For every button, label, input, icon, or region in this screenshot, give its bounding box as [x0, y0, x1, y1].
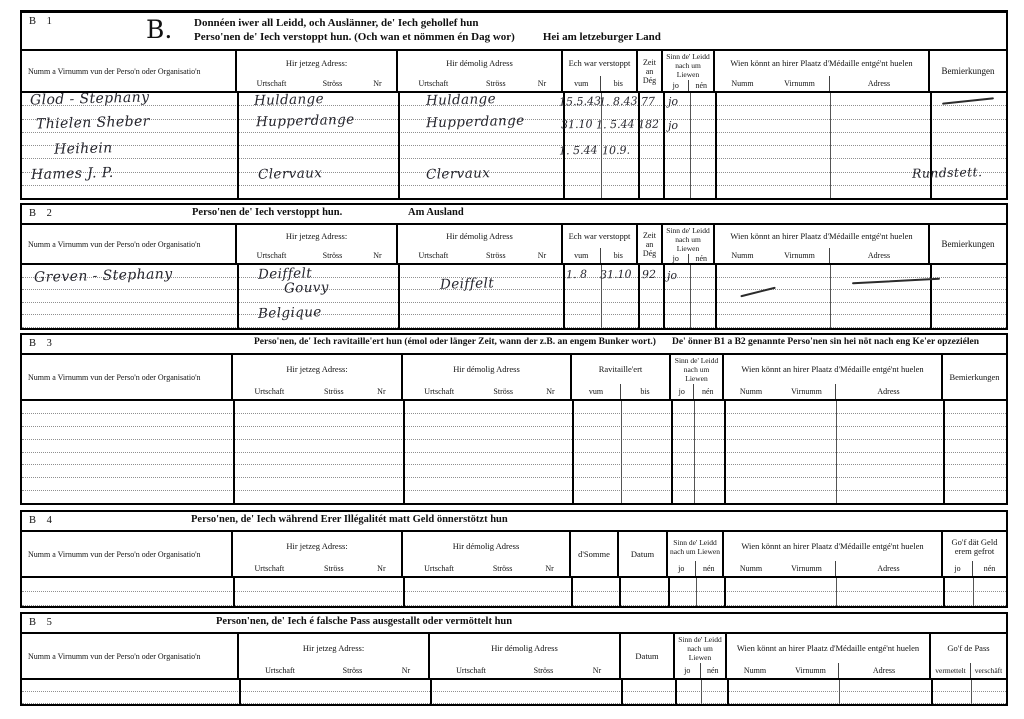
- handwriting-vum: 31.10: [561, 118, 593, 132]
- handwriting-bis: 1. 5.44: [596, 117, 635, 131]
- sub-jo: jo: [671, 384, 694, 399]
- col-gof-pass-sub: vermetteltverschäft: [931, 663, 1006, 678]
- col-sinn-label: Sinn de' Leidd nach um Liewen: [668, 532, 722, 561]
- section-b3-titlebar: B 3 Perso'nen, de' Iech ravitaille'ert h…: [22, 335, 1006, 355]
- sub-stross: Ströss: [512, 663, 575, 678]
- column-rule: [398, 93, 400, 199]
- col-name: Numm a Virnumm vun der Perso'n oder Orga…: [22, 532, 233, 576]
- section-b5: B 5 Person'nen, de' Iech é falsche Pass …: [20, 612, 1008, 706]
- column-rule: [971, 680, 972, 704]
- col-jetzeg-adress: Hir jetzeg Adress: UrtschaftStrössNr: [237, 51, 398, 91]
- col-jetzeg-sub: UrtschaftStrössNr: [237, 248, 396, 263]
- col-sinn-label: Sinn de' Leidd nach um Liewen: [675, 634, 725, 663]
- section-b4-body: [22, 578, 1006, 606]
- col-name: Numm a Virnumm vun der Perso'n oder Orga…: [22, 225, 237, 263]
- column-rule: [621, 401, 622, 504]
- ruled-line: [22, 159, 1006, 172]
- sub-urtschaft: Urtschaft: [398, 248, 469, 263]
- col-jetzeg-sub: UrtschaftStrössNr: [237, 76, 396, 91]
- column-rule: [563, 265, 565, 328]
- col-wien-sub: NummVirnummAdress: [715, 248, 928, 263]
- column-rule: [663, 93, 665, 199]
- handwriting-demolig: Hupperdange: [426, 113, 525, 132]
- sub-stross: Ströss: [306, 248, 359, 263]
- sub-nr: Nr: [530, 561, 569, 576]
- col-verstoppt-label: Ech war verstoppt: [563, 51, 636, 76]
- col-demolig-adress: Hir démolig Adress UrtschaftStrössNr: [403, 355, 572, 399]
- col-demolig-sub: UrtschaftStrössNr: [403, 384, 570, 399]
- col-sinn: Sinn de' Leidd nach um Liewen jonén: [671, 355, 724, 399]
- column-rule: [701, 680, 702, 704]
- col-sinn-label: Sinn de' Leidd nach um Liewen: [663, 51, 713, 80]
- column-rule: [638, 93, 640, 199]
- sub-nr: Nr: [359, 248, 396, 263]
- col-gof-geld-label: Go'f dät Geld erem gefrot: [943, 532, 1006, 561]
- section-title: Perso'nen de' Iech verstoppt hun.: [192, 207, 342, 218]
- col-name-label: Numm a Virnumm vun der Perso'n oder Orga…: [22, 240, 235, 249]
- col-wien: Wien könnt an hirer Plaatz d'Médaille en…: [715, 225, 930, 263]
- column-rule: [233, 401, 235, 504]
- col-bem-label: Bemierkungen: [930, 51, 1006, 91]
- col-datum-label: Datum: [619, 532, 666, 576]
- col-bemierkungen: Bemierkungen: [930, 225, 1006, 263]
- col-wien-sub: NummVirnummAdress: [727, 663, 929, 678]
- col-sinn: Sinn de' Leidd nach um Liewen jonén: [663, 225, 715, 263]
- col-jetzeg-label: Hir jetzeg Adress:: [233, 355, 401, 384]
- ruled-line: [22, 186, 1006, 199]
- sub-jo: jo: [675, 663, 701, 678]
- sub-urtschaft: Urtschaft: [403, 561, 475, 576]
- handwriting-jetzeg: Hupperdange: [256, 112, 355, 131]
- col-gof-pass-label: Go'f de Pass: [931, 634, 1006, 663]
- col-verstoppt-sub: vumbis: [563, 76, 636, 91]
- col-demolig-adress: Hir démolig Adress UrtschaftStrössNr: [398, 225, 563, 263]
- section-b1-body: Glod - Stephany Huldange Huldange 15.5.4…: [22, 93, 1006, 199]
- section-b1-titlebar: B 1 B. Donnéen iwer all Leidd, och Auslä…: [22, 13, 1006, 51]
- column-rule: [237, 93, 239, 199]
- col-zeit-label: Zeit an Dég: [638, 225, 661, 263]
- column-rule: [830, 93, 831, 199]
- column-rule: [930, 265, 932, 328]
- handwriting-jetzeg: Gouvy: [284, 279, 329, 296]
- sub-numm: Numm: [715, 248, 770, 263]
- column-rule: [694, 401, 695, 504]
- column-rule: [943, 578, 945, 606]
- col-wien-label: Wien könnt an hirer Plaatz d'Médaille en…: [715, 225, 928, 248]
- section-b4-titlebar: B 4 Perso'nen, de' Iech während Erer Ill…: [22, 512, 1006, 532]
- sub-nr: Nr: [359, 76, 396, 91]
- col-jetzeg-sub: UrtschaftStrössNr: [239, 663, 428, 678]
- sub-vermettelt: vermettelt: [931, 663, 971, 678]
- handwriting-jo: jo: [668, 119, 678, 132]
- col-sinn-sub: jonén: [663, 254, 713, 263]
- col-demolig-label: Hir démolig Adress: [403, 355, 570, 384]
- sub-jo: jo: [668, 561, 696, 576]
- column-rule: [430, 680, 432, 704]
- sub-adress: Adress: [839, 663, 929, 678]
- column-rule: [675, 680, 677, 704]
- column-rule: [839, 680, 840, 704]
- handwriting-bis: 31.10: [600, 268, 632, 282]
- col-zeit: Zeit an Dég: [638, 51, 663, 91]
- col-name: Numm a Virnumm vun der Perso'n oder Orga…: [22, 51, 237, 91]
- sub-jo: jo: [943, 561, 973, 576]
- ruled-line: [22, 315, 1006, 328]
- ruled-line: [22, 692, 1006, 704]
- col-jetzeg-sub: UrtschaftStrössNr: [233, 384, 401, 399]
- handwriting-name: Thielen Sheber: [36, 114, 150, 133]
- sub-jo: jo: [663, 80, 689, 91]
- section-id: B 1: [29, 16, 56, 27]
- col-bem-label: Bemierkungen: [930, 225, 1006, 263]
- col-gof-geld: Go'f dät Geld erem gefrot jonén: [943, 532, 1006, 576]
- col-demolig-label: Hir démolig Adress: [430, 634, 619, 663]
- col-name-label: Numm a Virnumm vun der Perso'n oder Orga…: [22, 373, 231, 382]
- sub-virnumm: Virnumm: [770, 76, 830, 91]
- column-rule: [690, 265, 691, 328]
- column-rule: [715, 265, 717, 328]
- ruled-line: [22, 440, 1006, 453]
- title-line2: Perso'nen de' Iech verstoppt hun. (Och w…: [194, 30, 661, 44]
- col-demolig-label: Hir démolig Adress: [398, 225, 561, 248]
- sub-adress: Adress: [836, 561, 941, 576]
- col-wien-sub: NummVirnummAdress: [715, 76, 928, 91]
- sub-virnumm: Virnumm: [778, 561, 836, 576]
- col-name-label: Numm a Virnumm vun der Perso'n oder Orga…: [22, 652, 237, 661]
- sub-nen: nén: [694, 384, 722, 399]
- col-demolig-adress: Hir démolig Adress UrtschaftStrössNr: [398, 51, 563, 91]
- sub-numm: Numm: [724, 384, 778, 399]
- title-line1: Donnéen iwer all Leidd, och Auslänner, d…: [194, 16, 661, 30]
- col-wien-label: Wien könnt an hirer Plaatz d'Médaille en…: [724, 355, 941, 384]
- column-rule: [671, 401, 673, 504]
- col-wien: Wien könnt an hirer Plaatz d'Médaille en…: [724, 355, 943, 399]
- col-wien: Wien könnt an hirer Plaatz d'Médaille en…: [724, 532, 943, 576]
- sub-nr: Nr: [575, 663, 619, 678]
- col-datum: Datum: [621, 634, 675, 678]
- section-b2: B 2 Perso'nen de' Iech verstoppt hun. Am…: [20, 203, 1008, 330]
- column-rule: [619, 578, 621, 606]
- col-datum-label: Datum: [621, 634, 673, 678]
- col-bem-label: Bemierkungen: [943, 355, 1006, 399]
- section-id: B 2: [29, 208, 56, 219]
- ruled-line: [22, 578, 1006, 592]
- sub-adress: Adress: [836, 384, 941, 399]
- col-wien: Wien könnt an hirer Plaatz d'Médaille en…: [715, 51, 930, 91]
- column-rule: [727, 680, 729, 704]
- sub-vum: vum: [563, 248, 601, 263]
- col-demolig-sub: UrtschaftStrössNr: [398, 248, 561, 263]
- col-demolig-sub: UrtschaftStrössNr: [398, 76, 561, 91]
- ruled-line: [22, 290, 1006, 303]
- section-b3-body: [22, 401, 1006, 504]
- title-line2-main: Perso'nen de' Iech verstoppt hun. (Och w…: [194, 31, 515, 43]
- col-demolig-adress: Hir démolig Adress UrtschaftStrössNr: [403, 532, 571, 576]
- section-letter: B.: [146, 15, 172, 44]
- handwriting-demolig: Deiffelt: [440, 275, 494, 292]
- handwriting-zeit: 182: [638, 118, 659, 132]
- column-rule: [239, 680, 241, 704]
- sub-urtschaft: Urtschaft: [233, 384, 306, 399]
- col-verstoppt: Ech war verstoppt vumbis: [563, 51, 638, 91]
- section-title: Perso'nen, de' Iech ravitaille'ert hun (…: [254, 337, 979, 347]
- ruled-line: [22, 133, 1006, 146]
- col-demolig-label: Hir démolig Adress: [403, 532, 569, 561]
- column-rule: [237, 265, 239, 328]
- handwriting-vum: 1. 8: [566, 268, 587, 282]
- ruled-line: [22, 680, 1006, 692]
- column-rule: [663, 265, 665, 328]
- ruled-line: [22, 173, 1006, 186]
- sub-bis: bis: [601, 76, 637, 91]
- col-jetzeg-label: Hir jetzeg Adress:: [239, 634, 428, 663]
- column-rule: [398, 265, 400, 328]
- column-rule: [830, 265, 831, 328]
- handwriting-bemierkung: Rundstett.: [912, 164, 983, 181]
- scanned-form-page: B 1 B. Donnéen iwer all Leidd, och Auslä…: [0, 0, 1024, 719]
- col-name-label: Numm a Virnumm vun der Perso'n oder Orga…: [22, 67, 235, 76]
- col-sinn-sub: jonén: [663, 80, 713, 91]
- handwriting-name: Hames J. P.: [31, 165, 114, 183]
- col-jetzeg-sub: UrtschaftStrössNr: [233, 561, 401, 576]
- ruled-line: [22, 146, 1006, 159]
- handwriting-demolig: Huldange: [426, 93, 496, 109]
- section-title: Donnéen iwer all Leidd, och Auslänner, d…: [194, 16, 661, 44]
- sub-stross: Ströss: [469, 248, 523, 263]
- section-b3: B 3 Perso'nen, de' Iech ravitaille'ert h…: [20, 333, 1008, 505]
- col-jetzeg-adress: Hir jetzeg Adress: UrtschaftStrössNr: [237, 225, 398, 263]
- section-b2-titlebar: B 2 Perso'nen de' Iech verstoppt hun. Am…: [22, 205, 1006, 225]
- col-sinn: Sinn de' Leidd nach um Liewen jonén: [663, 51, 715, 91]
- column-rule: [836, 401, 837, 504]
- col-demolig-adress: Hir démolig Adress UrtschaftStrössNr: [430, 634, 621, 678]
- col-sinn-label: Sinn de' Leidd nach um Liewen: [663, 225, 713, 254]
- sub-stross: Ströss: [306, 384, 362, 399]
- sub-adress: Adress: [830, 76, 928, 91]
- ruled-line: [22, 93, 1006, 106]
- title-part2: De' önner B1 a B2 genannte Perso'nen sin…: [672, 337, 979, 347]
- sub-stross: Ströss: [306, 76, 359, 91]
- col-verstoppt-label: Ech war verstoppt: [563, 225, 636, 248]
- col-jetzeg-label: Hir jetzeg Adress:: [233, 532, 401, 561]
- handwriting-jo: jo: [668, 95, 678, 108]
- title-line2-suffix: Hei am letzeburger Land: [543, 31, 661, 43]
- sub-virnumm: Virnumm: [778, 384, 836, 399]
- sub-urtschaft: Urtschaft: [239, 663, 321, 678]
- sub-vum: vum: [563, 76, 601, 91]
- sub-nr: Nr: [531, 384, 570, 399]
- column-rule: [724, 578, 726, 606]
- col-ravitailleert: Ravitaille'ert vumbis: [572, 355, 671, 399]
- ruled-line: [22, 401, 1006, 414]
- col-jetzeg-label: Hir jetzeg Adress:: [237, 51, 396, 76]
- col-demolig-sub: UrtschaftStrössNr: [430, 663, 619, 678]
- col-wien-sub: NummVirnummAdress: [724, 561, 941, 576]
- col-ravit-label: Ravitaille'ert: [572, 355, 669, 384]
- handwriting-bis: 10.9.: [602, 144, 630, 158]
- column-rule: [621, 680, 623, 704]
- sub-nen: nén: [689, 254, 713, 263]
- section-title: Person'nen, de' Iech é falsche Pass ausg…: [216, 616, 512, 627]
- ruled-line: [22, 303, 1006, 316]
- column-rule: [668, 578, 670, 606]
- section-id: B 4: [29, 515, 56, 526]
- col-bemierkungen: Bemierkungen: [943, 355, 1006, 399]
- column-rule: [696, 578, 697, 606]
- col-demolig-sub: UrtschaftStrössNr: [403, 561, 569, 576]
- section-subtitle: Am Ausland: [408, 207, 464, 218]
- column-rule: [233, 578, 235, 606]
- col-bemierkungen: Bemierkungen: [930, 51, 1006, 91]
- handwriting-bis: 1. 8.43: [599, 94, 638, 108]
- handwriting-vum: 15.5.43: [559, 94, 601, 108]
- sub-urtschaft: Urtschaft: [403, 384, 475, 399]
- column-rule: [403, 578, 405, 606]
- handwriting-zeit: 77: [641, 95, 655, 108]
- sub-numm: Numm: [724, 561, 778, 576]
- col-name-label: Numm a Virnumm vun der Perso'n oder Orga…: [22, 550, 231, 559]
- col-jetzeg-label: Hir jetzeg Adress:: [237, 225, 396, 248]
- col-sinn-label: Sinn de' Leidd nach um Liewen: [671, 355, 722, 384]
- col-sinn-sub: jonén: [668, 561, 722, 576]
- sub-adress: Adress: [830, 248, 928, 263]
- col-wien-sub: NummVirnummAdress: [724, 384, 941, 399]
- ruled-line: [22, 491, 1006, 504]
- sub-nr: Nr: [362, 561, 401, 576]
- col-name: Numm a Virnumm vun der Perso'n oder Orga…: [22, 634, 239, 678]
- section-b2-body: Greven - Stephany Deiffelt Gouvy Belgiqu…: [22, 265, 1006, 328]
- col-wien-label: Wien könnt an hirer Plaatz d'Médaille en…: [727, 634, 929, 663]
- sub-virnumm: Virnumm: [770, 248, 830, 263]
- section-b2-header: Numm a Virnumm vun der Perso'n oder Orga…: [22, 225, 1006, 265]
- col-wien-label: Wien könnt an hirer Plaatz d'Médaille en…: [724, 532, 941, 561]
- sub-nen: nén: [689, 80, 713, 91]
- sub-nen: nén: [696, 561, 723, 576]
- column-rule: [943, 401, 945, 504]
- sub-bis: bis: [601, 248, 637, 263]
- col-zeit: Zeit an Dég: [638, 225, 663, 263]
- handwriting-jetzeg: Clervaux: [258, 165, 323, 183]
- column-rule: [724, 401, 726, 504]
- col-wien: Wien könnt an hirer Plaatz d'Médaille en…: [727, 634, 931, 678]
- column-rule: [836, 578, 837, 606]
- column-rule: [931, 680, 933, 704]
- col-jetzeg-adress: Hir jetzeg Adress: UrtschaftStrössNr: [233, 355, 403, 399]
- col-wien-label: Wien könnt an hirer Plaatz d'Médaille en…: [715, 51, 928, 76]
- handwriting-jo: jo: [667, 269, 677, 282]
- col-zeit-label: Zeit an Dég: [638, 51, 661, 91]
- sub-jo: jo: [663, 254, 689, 263]
- section-b5-body: [22, 680, 1006, 704]
- sub-urtschaft: Urtschaft: [233, 561, 306, 576]
- col-sinn-sub: jonén: [671, 384, 722, 399]
- col-sinn-sub: jonén: [675, 663, 725, 678]
- col-sinn: Sinn de' Leidd nach um Liewen jonén: [675, 634, 727, 678]
- handwriting-zeit: 92: [642, 268, 656, 281]
- section-b5-header: Numm a Virnumm vun der Perso'n oder Orga…: [22, 634, 1006, 680]
- form-b-sections: B 1 B. Donnéen iwer all Leidd, och Auslä…: [20, 10, 1008, 708]
- col-verstoppt: Ech war verstoppt vumbis: [563, 225, 638, 263]
- sub-nr: Nr: [523, 76, 561, 91]
- col-verstoppt-sub: vumbis: [563, 248, 636, 263]
- sub-stross: Ströss: [469, 76, 523, 91]
- handwriting-jetzeg: Huldange: [254, 93, 324, 109]
- column-rule: [690, 93, 691, 199]
- col-gof-geld-sub: jonén: [943, 561, 1006, 576]
- column-rule: [973, 578, 974, 606]
- sub-bis: bis: [621, 384, 669, 399]
- column-rule: [715, 93, 717, 199]
- section-title: Perso'nen, de' Iech während Erer Illégal…: [191, 514, 508, 525]
- section-b1-header: Numm a Virnumm vun der Perso'n oder Orga…: [22, 51, 1006, 93]
- col-dsomme: d'Somme: [571, 532, 619, 576]
- handwriting-vum: 1. 5.44: [559, 143, 598, 157]
- column-rule: [930, 93, 932, 199]
- ruled-line: [22, 478, 1006, 491]
- sub-stross: Ströss: [475, 384, 531, 399]
- col-jetzeg-adress: Hir jetzeg Adress: UrtschaftStrössNr: [239, 634, 430, 678]
- sub-nen: nén: [973, 561, 1006, 576]
- col-gof-pass: Go'f de Pass vermetteltverschäft: [931, 634, 1006, 678]
- col-name: Numm a Virnumm vun der Perso'n oder Orga…: [22, 355, 233, 399]
- handwriting-name: Heihein: [54, 140, 113, 158]
- ruled-line: [22, 465, 1006, 478]
- sub-nr: Nr: [523, 248, 561, 263]
- sub-nr: Nr: [362, 384, 401, 399]
- sub-urtschaft: Urtschaft: [237, 76, 306, 91]
- column-rule: [571, 578, 573, 606]
- sub-verschaft: verschäft: [971, 663, 1006, 678]
- section-b5-titlebar: B 5 Person'nen, de' Iech é falsche Pass …: [22, 614, 1006, 634]
- sub-nen: nén: [701, 663, 726, 678]
- ruled-line: [22, 453, 1006, 466]
- sub-virnumm: Virnumm: [783, 663, 839, 678]
- col-dsomme-label: d'Somme: [571, 532, 617, 576]
- column-rule: [403, 401, 405, 504]
- col-sinn: Sinn de' Leidd nach um Liewen jonén: [668, 532, 724, 576]
- sub-nr: Nr: [384, 663, 428, 678]
- sub-vum: vum: [572, 384, 621, 399]
- ruled-line: [22, 414, 1006, 427]
- title-part1: Perso'nen, de' Iech ravitaille'ert hun (…: [254, 337, 656, 347]
- column-rule: [572, 401, 574, 504]
- section-b3-header: Numm a Virnumm vun der Perso'n oder Orga…: [22, 355, 1006, 401]
- handwriting-jetzeg: Belgique: [258, 304, 322, 322]
- sub-numm: Numm: [727, 663, 783, 678]
- col-jetzeg-adress: Hir jetzeg Adress: UrtschaftStrössNr: [233, 532, 403, 576]
- sub-stross: Ströss: [306, 561, 362, 576]
- col-demolig-label: Hir démolig Adress: [398, 51, 561, 76]
- sub-urtschaft: Urtschaft: [430, 663, 512, 678]
- section-id: B 5: [29, 617, 56, 628]
- column-rule: [638, 265, 640, 328]
- handwriting-demolig: Clervaux: [426, 165, 491, 183]
- section-b1: B 1 B. Donnéen iwer all Leidd, och Auslä…: [20, 10, 1008, 200]
- sub-stross: Ströss: [475, 561, 530, 576]
- section-b4: B 4 Perso'nen, de' Iech während Erer Ill…: [20, 510, 1008, 608]
- sub-numm: Numm: [715, 76, 770, 91]
- sub-stross: Ströss: [321, 663, 384, 678]
- ruled-line: [22, 592, 1006, 606]
- sub-urtschaft: Urtschaft: [237, 248, 306, 263]
- section-id: B 3: [29, 338, 56, 349]
- section-b4-header: Numm a Virnumm vun der Perso'n oder Orga…: [22, 532, 1006, 578]
- col-datum: Datum: [619, 532, 668, 576]
- sub-urtschaft: Urtschaft: [398, 76, 469, 91]
- ruled-line: [22, 427, 1006, 440]
- col-ravit-sub: vumbis: [572, 384, 669, 399]
